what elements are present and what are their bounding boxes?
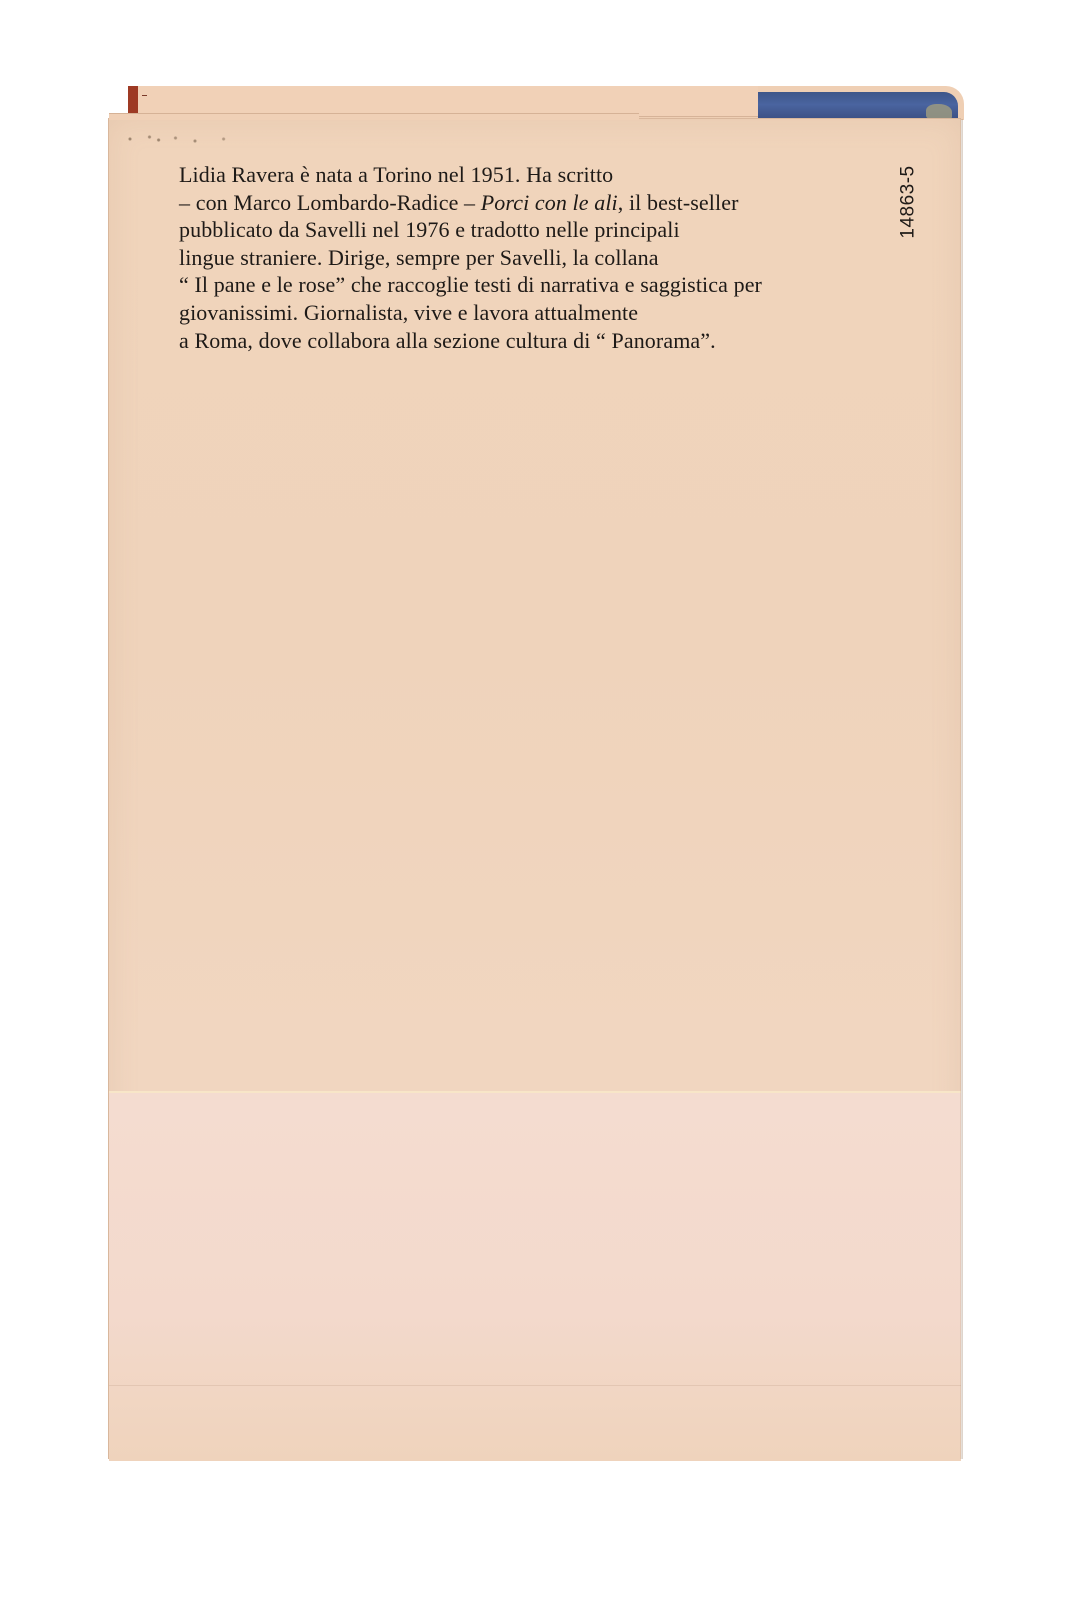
edge-mark: [142, 95, 147, 96]
author-bio: Lidia Ravera è nata a Torino nel 1951. H…: [179, 161, 879, 354]
book-title: Porci con le ali: [481, 190, 618, 215]
bio-line: “ Il pane e le rose” che raccoglie testi…: [179, 271, 879, 299]
cover-right-edge: [960, 119, 963, 1459]
band-fold-line: [109, 1385, 961, 1386]
bio-line: a Roma, dove collabora alla sezione cult…: [179, 327, 879, 355]
red-headband: [128, 86, 138, 116]
catalog-code: 14863-5: [889, 147, 929, 257]
bio-line: pubblicato da Savelli nel 1976 e tradott…: [179, 216, 879, 244]
cover-flap-step: [109, 113, 639, 120]
bio-text: , il best-seller: [618, 190, 739, 215]
foxing-speckles: [117, 131, 247, 151]
bio-line: – con Marco Lombardo-Radice – Porci con …: [179, 189, 879, 217]
bio-line: giovanissimi. Giornalista, vive e lavora…: [179, 299, 879, 327]
bio-text: – con Marco Lombardo-Radice –: [179, 190, 481, 215]
bio-line: lingue straniere. Dirige, sempre per Sav…: [179, 244, 879, 272]
catalog-code-text: 14863-5: [898, 165, 920, 238]
back-cover: Lidia Ravera è nata a Torino nel 1951. H…: [108, 118, 961, 1459]
lower-wrap-band: [109, 1091, 961, 1461]
bio-line: Lidia Ravera è nata a Torino nel 1951. H…: [179, 161, 879, 189]
